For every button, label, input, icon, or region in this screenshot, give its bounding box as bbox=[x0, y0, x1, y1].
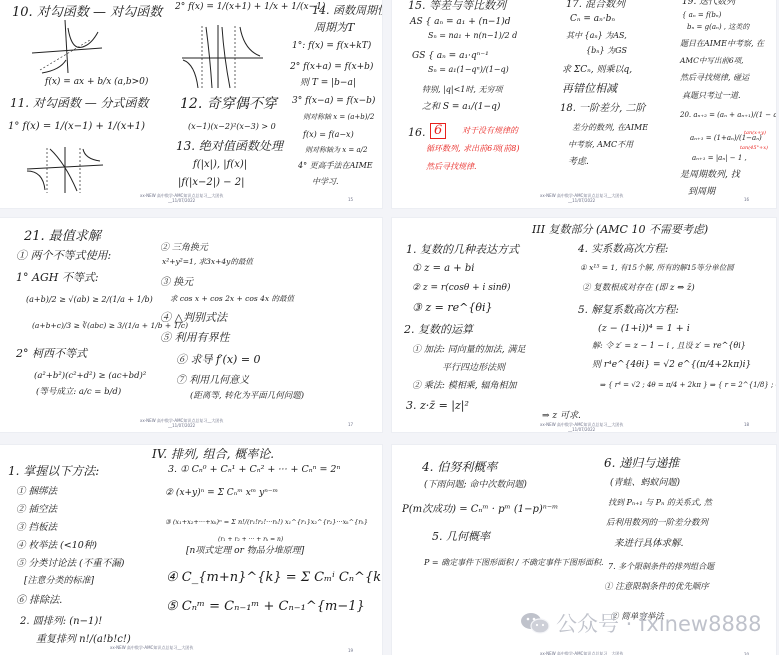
slide-text: P = 确定事件下图形面积 / 不确定事件下图形面积. bbox=[424, 559, 604, 567]
slide-text: 2. 复数的运算 bbox=[404, 324, 473, 336]
slide-text: ③ 挡板法 bbox=[16, 523, 57, 533]
slide-footer: xx-NEW 高中数学-AMC知识点总复习__大团伙__11/07/2022 bbox=[540, 422, 623, 432]
slide-15: 10. 对勾函数 — 对勾函数 f(x) = ax + b/x (a,b>0) … bbox=[0, 0, 382, 208]
slide-text: ⑤ Cₙᵐ = Cₙ₋₁ᵐ + Cₙ₋₁^{m−1} bbox=[166, 600, 365, 614]
slide-text: (下雨问题; 命中次数问题) bbox=[424, 481, 527, 490]
slide-text: ⑤ 利用有界性 bbox=[160, 332, 230, 344]
slide-text: 之和 S = a₁/(1−q) bbox=[422, 103, 500, 112]
slide-text: 特别, |q|<1时, 无穷项 bbox=[422, 86, 502, 94]
slide-text: ① x¹⁵ = 1, 有15个解, 所有的解15等分单位圆 bbox=[580, 264, 734, 272]
slide-text: 7. 多个限制条件的排列组合题 bbox=[608, 563, 714, 571]
slide-text: (a+b)/2 ≥ √(ab) ≥ 2/(1/a + 1/b) bbox=[26, 296, 153, 304]
slide-text: 4. 伯努利概率 bbox=[422, 461, 497, 474]
slide-text: 真题只考过一道. bbox=[682, 92, 741, 100]
slide-text: ② 复数根成对存在 (即 z ⇔ z̄) bbox=[582, 284, 695, 293]
slide-text: ① 注意限制条件的优先顺序 bbox=[604, 583, 709, 592]
slide-text: 其中 {aₙ} 为AS, bbox=[566, 32, 627, 40]
watermark: 公众号 · fxinew8888 bbox=[520, 608, 762, 638]
slide-text: 重复排列 n!/(a!b!c!) bbox=[36, 635, 131, 646]
slide-text: ③ (x₁+x₂+···+xₖ)ⁿ = Σ n!/(r₁!r₂!···rₖ!) … bbox=[165, 519, 368, 526]
slide-text: 解: 令 z′ = z − 1 − i , 且设 z′ = re^{θi} bbox=[592, 342, 746, 350]
slide-text: ② 插空法 bbox=[16, 505, 57, 515]
slide-text: 18. 一阶差分, 二阶 bbox=[560, 104, 645, 115]
slide-text: 是周期数列, 找 bbox=[680, 171, 740, 180]
slide-text: 5. 解复系数高次方程: bbox=[578, 305, 679, 316]
slide-text: 来进行具体求解. bbox=[614, 539, 684, 549]
slide-text: 1° f(x) = 1/(x−1) + 1/(x+1) bbox=[8, 122, 145, 133]
slide-text: ① z = a + bi bbox=[412, 264, 474, 275]
slide-text: ⑤ 分类讨论法 (不重不漏) bbox=[16, 559, 124, 569]
boxed-answer: 6 bbox=[430, 123, 446, 139]
slide-heading: IV. 排列, 组合, 概率论. bbox=[152, 448, 274, 461]
slide-text: 5. 几何概率 bbox=[432, 531, 490, 543]
slide-text: 16. bbox=[408, 127, 426, 139]
page-number: 15 bbox=[348, 197, 353, 202]
slide-text: 4° 更高手法在AIME bbox=[298, 162, 373, 170]
slide-text: 则对称轴 x = (a+b)/2 bbox=[303, 114, 374, 121]
slide-text: ② 三角换元 bbox=[160, 244, 208, 253]
slide-text: 3. ① Cₙ⁰ + Cₙ¹ + Cₙ² + ··· + Cₙⁿ = 2ⁿ bbox=[168, 465, 340, 475]
slide-18: III 复数部分 (AMC 10 不需要考虑) 1. 复数的几种表达方式 ① z… bbox=[392, 218, 776, 432]
slide-text: 中考察, AMC不用 bbox=[568, 141, 633, 149]
slide-text: 平行四边形法则 bbox=[442, 364, 505, 373]
slide-footer: xx-NEW 高中数学-AMC知识点总复习__大团伙 bbox=[540, 651, 623, 655]
slide-text: 到周期 bbox=[688, 188, 715, 197]
page-number: 17 bbox=[348, 422, 353, 427]
slide-text: x²+y²=1, 求3x+4y的最值 bbox=[162, 258, 253, 266]
slide-text: 求 ΣCₙ, 则乘以q, bbox=[562, 66, 632, 75]
slide-text: ③ z = re^{θi} bbox=[412, 302, 493, 314]
slide-text: 再错位相减 bbox=[562, 83, 617, 95]
slide-text: { aₙ = f(bₙ) bbox=[682, 12, 721, 19]
slide-text: 找到 Pₙ₊₁ 与 Pₙ 的关系式, 然 bbox=[608, 499, 712, 507]
slide-footer: xx-NEW 高中数学-AMC知识点总复习__大团伙__11/07/2022 bbox=[140, 418, 223, 428]
slide-text: bₙ = g(aₙ) , 这类的 bbox=[687, 24, 749, 31]
slide-text: f(x) = f(a−x) bbox=[303, 131, 354, 139]
slide-17: 21. 最值求解 ① 两个不等式使用: 1° AGH 不等式: (a+b)/2 … bbox=[0, 218, 382, 432]
slide-text: 周期为T bbox=[314, 22, 354, 34]
slide-text: 3° f(x−a) = f(x−b) bbox=[292, 97, 375, 106]
wechat-icon bbox=[520, 611, 550, 635]
slide-footer: xx-NEW 高中数学-AMC知识点总复习__大团伙__11/07/2022 bbox=[540, 193, 623, 203]
slide-text: AMC中写出前6项, bbox=[680, 57, 744, 65]
slide-text: 2. 圆排列: (n−1)! bbox=[20, 617, 102, 628]
slide-text: 2° 柯西不等式 bbox=[16, 348, 87, 360]
slide-text: ② z = r(cosθ + i sinθ) bbox=[412, 284, 510, 293]
slide-text: 则对称轴为 x = a/2 bbox=[305, 147, 367, 154]
watermark-text: 公众号 · fxinew8888 bbox=[556, 608, 762, 638]
slide-text: {bₙ} 为GS bbox=[586, 47, 627, 55]
slide-footer: xx-NEW 高中数学-AMC知识点总复习__大团伙 bbox=[110, 645, 193, 650]
slide-text: 19. 迭代数列 bbox=[682, 0, 735, 7]
slide-text: 考虑. bbox=[568, 158, 589, 167]
slide-text: (x−1)(x−2)²(x−3) > 0 bbox=[188, 123, 276, 131]
slide-heading: III 复数部分 (AMC 10 不需要考虑) bbox=[532, 224, 708, 236]
rational-function-graph bbox=[25, 145, 105, 195]
slide-text: P(m次成功) = Cₙᵐ · pᵐ (1−p)ⁿ⁻ᵐ bbox=[402, 505, 558, 516]
slide-text: 21. 最值求解 bbox=[24, 230, 101, 244]
slide-text: (a²+b²)(c²+d²) ≥ (ac+bd)² bbox=[34, 372, 146, 381]
slide-text: (z − (1+i))⁴ = 1 + i bbox=[598, 324, 690, 334]
slide-text: 然后寻找规律. bbox=[426, 163, 477, 171]
slide-text: ⑦ 利用几何意义 bbox=[176, 376, 249, 387]
hook-function-graph bbox=[30, 18, 105, 76]
slide-text: [n项式定理 or 物品分堆原理] bbox=[186, 547, 304, 556]
slide-text: ⑥ 排除法. bbox=[16, 596, 62, 607]
slide-text: 14. 函数周期性 bbox=[312, 5, 382, 17]
slide-text: (青蛙、蚂蚁问题) bbox=[610, 479, 680, 488]
annotation-tan45: tan(45°+x) bbox=[740, 146, 768, 151]
slide-text: 15. 等差与等比数列 bbox=[408, 0, 506, 12]
slide-text: ③ 换元 bbox=[160, 278, 193, 289]
slide-text: ① 加法: 同向量的加法, 满足 bbox=[412, 346, 525, 355]
slide-text: 题目在AIME中考察, 在 bbox=[680, 40, 764, 48]
slide-16: 15. 等差与等比数列 AS { aₙ = a₁ + (n−1)d Sₙ = n… bbox=[392, 0, 776, 208]
slide-text: Cₙ = aₙ·bₙ bbox=[570, 15, 615, 24]
slide-text: 1° AGH 不等式: bbox=[16, 272, 99, 284]
slide-text: (距离等, 转化为平面几何问题) bbox=[190, 392, 304, 401]
slide-text: 17. 混合数列 bbox=[566, 0, 625, 11]
slide-text: ⑥ 求导 f′(x) = 0 bbox=[176, 354, 261, 366]
slide-text: GS { aₙ = a₁·qⁿ⁻¹ bbox=[412, 52, 489, 61]
slide-text: 后利用数列的一阶差分数列 bbox=[606, 519, 708, 528]
annotation-tan: tan(x+y) bbox=[744, 131, 766, 136]
slide-text: 1. 掌握以下方法: bbox=[8, 465, 99, 478]
slide-text: 12. 奇穿偶不穿 bbox=[180, 97, 277, 112]
page-number: 16 bbox=[744, 197, 749, 202]
page-number: 18 bbox=[744, 422, 749, 427]
slide-text: 则 r⁴e^{4θi} = √2 e^{(π/4+2kπ)i} bbox=[592, 361, 751, 370]
slide-text: ④ 枚举法 (<10种) bbox=[16, 541, 97, 551]
slide-text: ② (x+y)ⁿ = Σ Cₙᵐ xᵐ yⁿ⁻ᵐ bbox=[165, 489, 278, 498]
slide-text: 循环数列, 求出前6项(前8) bbox=[426, 145, 520, 153]
slide-text: ⇒ { r⁴ = √2 ; 4θ = π/4 + 2kπ } ⇒ { r = 2… bbox=[600, 382, 776, 389]
slide-footer: xx-NEW 高中数学-AMC知识点总复习__大团伙__11/07/2022 bbox=[140, 193, 223, 203]
slide-text: 4. 实系数高次方程: bbox=[578, 244, 668, 255]
slide-text: 然后寻找规律, 碰运 bbox=[680, 74, 749, 82]
slide-text: 1°: f(x) = f(x+kT) bbox=[292, 42, 371, 51]
multi-asymptote-graph bbox=[180, 22, 265, 90]
slide-text: ① 两个不等式使用: bbox=[16, 250, 111, 262]
slide-text: 6. 递归与递推 bbox=[604, 457, 679, 470]
slide-text: (r₁ + r₂ + ··· + rₖ = n) bbox=[218, 537, 283, 543]
slide-text: 3. z·z̄ = |z|² bbox=[406, 400, 469, 412]
page-number: 19 bbox=[348, 648, 353, 653]
slide-text: 1. 复数的几种表达方式 bbox=[406, 244, 519, 256]
slide-text: 中学习. bbox=[312, 178, 339, 186]
slide-text: Sₙ = a₁(1−qⁿ)/(1−q) bbox=[428, 66, 509, 74]
slide-text: 差分的数列, 在AIME bbox=[572, 124, 648, 132]
slide-text: 求 cos x + cos 2x + cos 4x 的最值 bbox=[170, 295, 294, 303]
slide-text: 对于没有规律的 bbox=[462, 127, 518, 135]
slide-text: f(x) = ax + b/x (a,b>0) bbox=[45, 78, 148, 87]
slide-text: |f(|x−2|) − 2| bbox=[178, 178, 244, 189]
slide-text: [注意分类的标准] bbox=[24, 577, 94, 586]
slide-text: aₙ₊₁ = |aₙ| − 1 , bbox=[692, 155, 747, 162]
slide-text: ④ △判别式法 bbox=[160, 312, 227, 324]
slide-text: 20. aₙ₊₂ = (aₙ + aₙ₊₁)/(1 − aₙaₙ₊₁) bbox=[680, 112, 776, 119]
slide-text: AS { aₙ = a₁ + (n−1)d bbox=[410, 18, 510, 27]
slide-text: 则 T = |b−a| bbox=[300, 79, 356, 88]
slide-text: 11. 对勾函数 — 分式函数 bbox=[10, 97, 149, 110]
slide-text: ① 捆绑法 bbox=[16, 487, 57, 497]
slide-text: 13. 绝对值函数处理 bbox=[176, 140, 283, 153]
slide-19: IV. 排列, 组合, 概率论. 1. 掌握以下方法: ① 捆绑法 ② 插空法 … bbox=[0, 445, 382, 655]
slide-text: Sₙ = na₁ + n(n−1)/2 d bbox=[428, 32, 517, 40]
slide-text: 2° f(x) = 1/(x+1) + 1/x + 1/(x−1) bbox=[175, 3, 325, 12]
slide-text: f(|x|), |f(x)| bbox=[193, 160, 247, 171]
slide-text: (等号成立: a/c = b/d) bbox=[36, 388, 121, 397]
slide-text: ② 乘法: 模相乘, 辐角相加 bbox=[412, 382, 516, 391]
slide-text: 2° f(x+a) = f(x+b) bbox=[290, 63, 373, 72]
slide-text: ④ C_{m+n}^{k} = Σ Cₘⁱ Cₙ^{k−i} bbox=[166, 571, 382, 585]
slide-text: ⇒ z 可求. bbox=[542, 412, 581, 421]
